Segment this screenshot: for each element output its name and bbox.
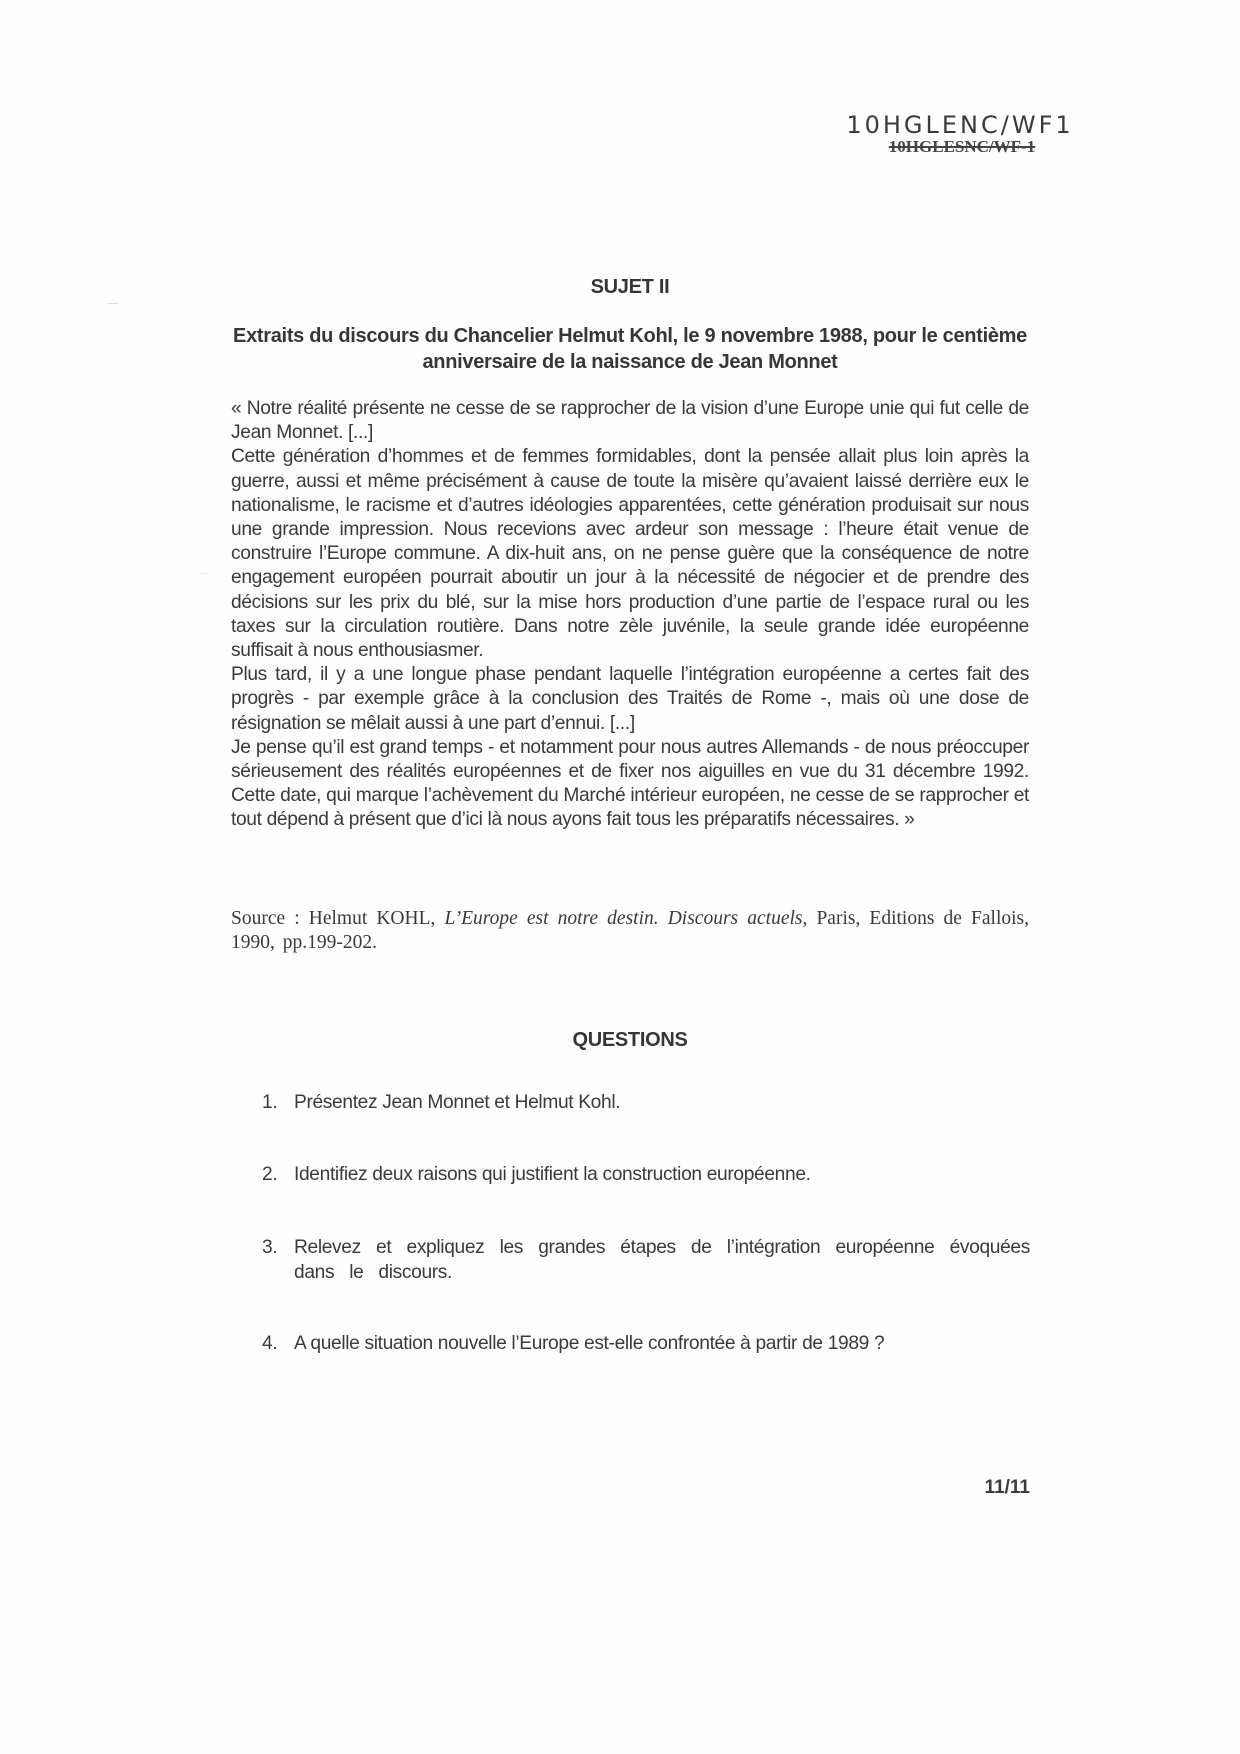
questions-heading: QUESTIONS xyxy=(230,1029,1030,1052)
page-number: 11/11 xyxy=(960,1477,1030,1499)
source-citation: Source : Helmut KOHL, L’Europe est notre… xyxy=(231,907,1029,955)
question-number: 1. xyxy=(262,1091,294,1116)
question-item: 4. A quelle situation nouvelle l’Europe … xyxy=(262,1332,1030,1357)
question-text: Relevez et expliquez les grandes étapes … xyxy=(294,1236,1030,1285)
extract-title: Extraits du discours du Chancelier Helmu… xyxy=(230,323,1030,375)
question-text: Identifiez deux raisons qui justifient l… xyxy=(294,1163,1030,1188)
paragraph: Je pense qu’il est grand temps - et nota… xyxy=(231,736,1029,833)
paragraph: « Notre réalité présente ne cesse de se … xyxy=(231,397,1029,445)
question-item: 1. Présentez Jean Monnet et Helmut Kohl. xyxy=(262,1091,1030,1116)
source-book-title: L’Europe est notre destin. Discours actu… xyxy=(444,908,802,929)
extract-title-text: Extraits du discours du Chancelier Helmu… xyxy=(233,325,1027,373)
source-prefix: Source : Helmut KOHL, xyxy=(231,908,444,929)
document-reference-code: 10HGLENC/WF1 10HGLESNC/WF-1 xyxy=(840,112,1080,156)
struck-printed-code: 10HGLESNC/WF-1 xyxy=(844,138,1080,156)
document-page: 10HGLENC/WF1 10HGLESNC/WF-1 — ·· SUJET I… xyxy=(0,0,1240,1754)
question-number: 3. xyxy=(262,1236,294,1285)
question-text: A quelle situation nouvelle l’Europe est… xyxy=(294,1332,1030,1357)
subject-heading: SUJET II xyxy=(230,276,1030,299)
paragraph: Plus tard, il y a une longue phase penda… xyxy=(231,663,1029,736)
scan-artifact: ·· xyxy=(200,568,207,579)
scan-artifact: — xyxy=(108,298,118,309)
speech-excerpt: « Notre réalité présente ne cesse de se … xyxy=(231,397,1029,833)
question-number: 2. xyxy=(262,1163,294,1188)
handwritten-code: 10HGLENC/WF1 xyxy=(840,112,1080,138)
paragraph: Cette génération d’hommes et de femmes f… xyxy=(231,445,1029,663)
question-item: 3. Relevez et expliquez les grandes étap… xyxy=(262,1236,1030,1285)
question-item: 2. Identifiez deux raisons qui justifien… xyxy=(262,1163,1030,1188)
question-text: Présentez Jean Monnet et Helmut Kohl. xyxy=(294,1091,1030,1116)
question-number: 4. xyxy=(262,1332,294,1357)
